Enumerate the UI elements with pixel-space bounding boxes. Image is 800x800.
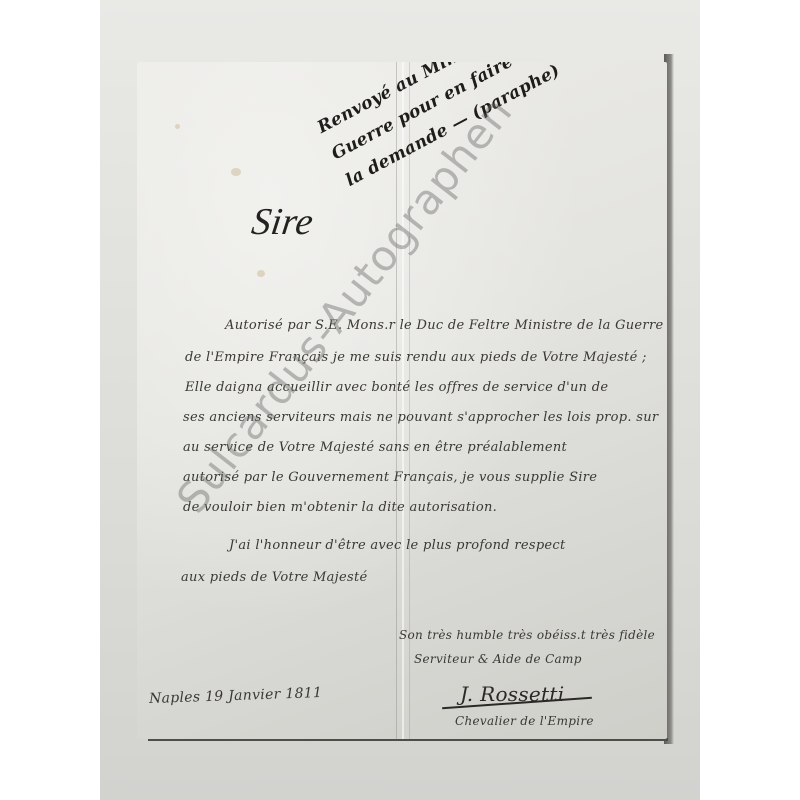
body-line: Autorisé par S.E. Mons.r le Duc de Feltr… [225,318,663,333]
body-line: de vouloir bien m'obtenir la dite autori… [183,500,497,515]
closing-line: J'ai l'honneur d'être avec le plus profo… [229,538,566,553]
foxing-stain [175,124,180,129]
closing-line: aux pieds de Votre Majesté [181,570,368,585]
foxing-stain [231,168,241,176]
place-date: Naples 19 Janvier 1811 [149,685,323,707]
letter-paper: Sire Renvoyé au Ministre de la Guerre po… [137,62,667,739]
body-line: autorisé par le Gouvernement Français, j… [183,470,597,485]
valediction-line: Serviteur & Aide de Camp [414,652,582,666]
salutation: Sire [249,200,316,244]
foxing-stain [257,270,265,277]
valediction-line: Son très humble très obéiss.t très fidèl… [399,628,655,642]
body-line: de l'Empire Français je me suis rendu au… [185,350,647,365]
signature-title: Chevalier de l'Empire [455,714,594,728]
